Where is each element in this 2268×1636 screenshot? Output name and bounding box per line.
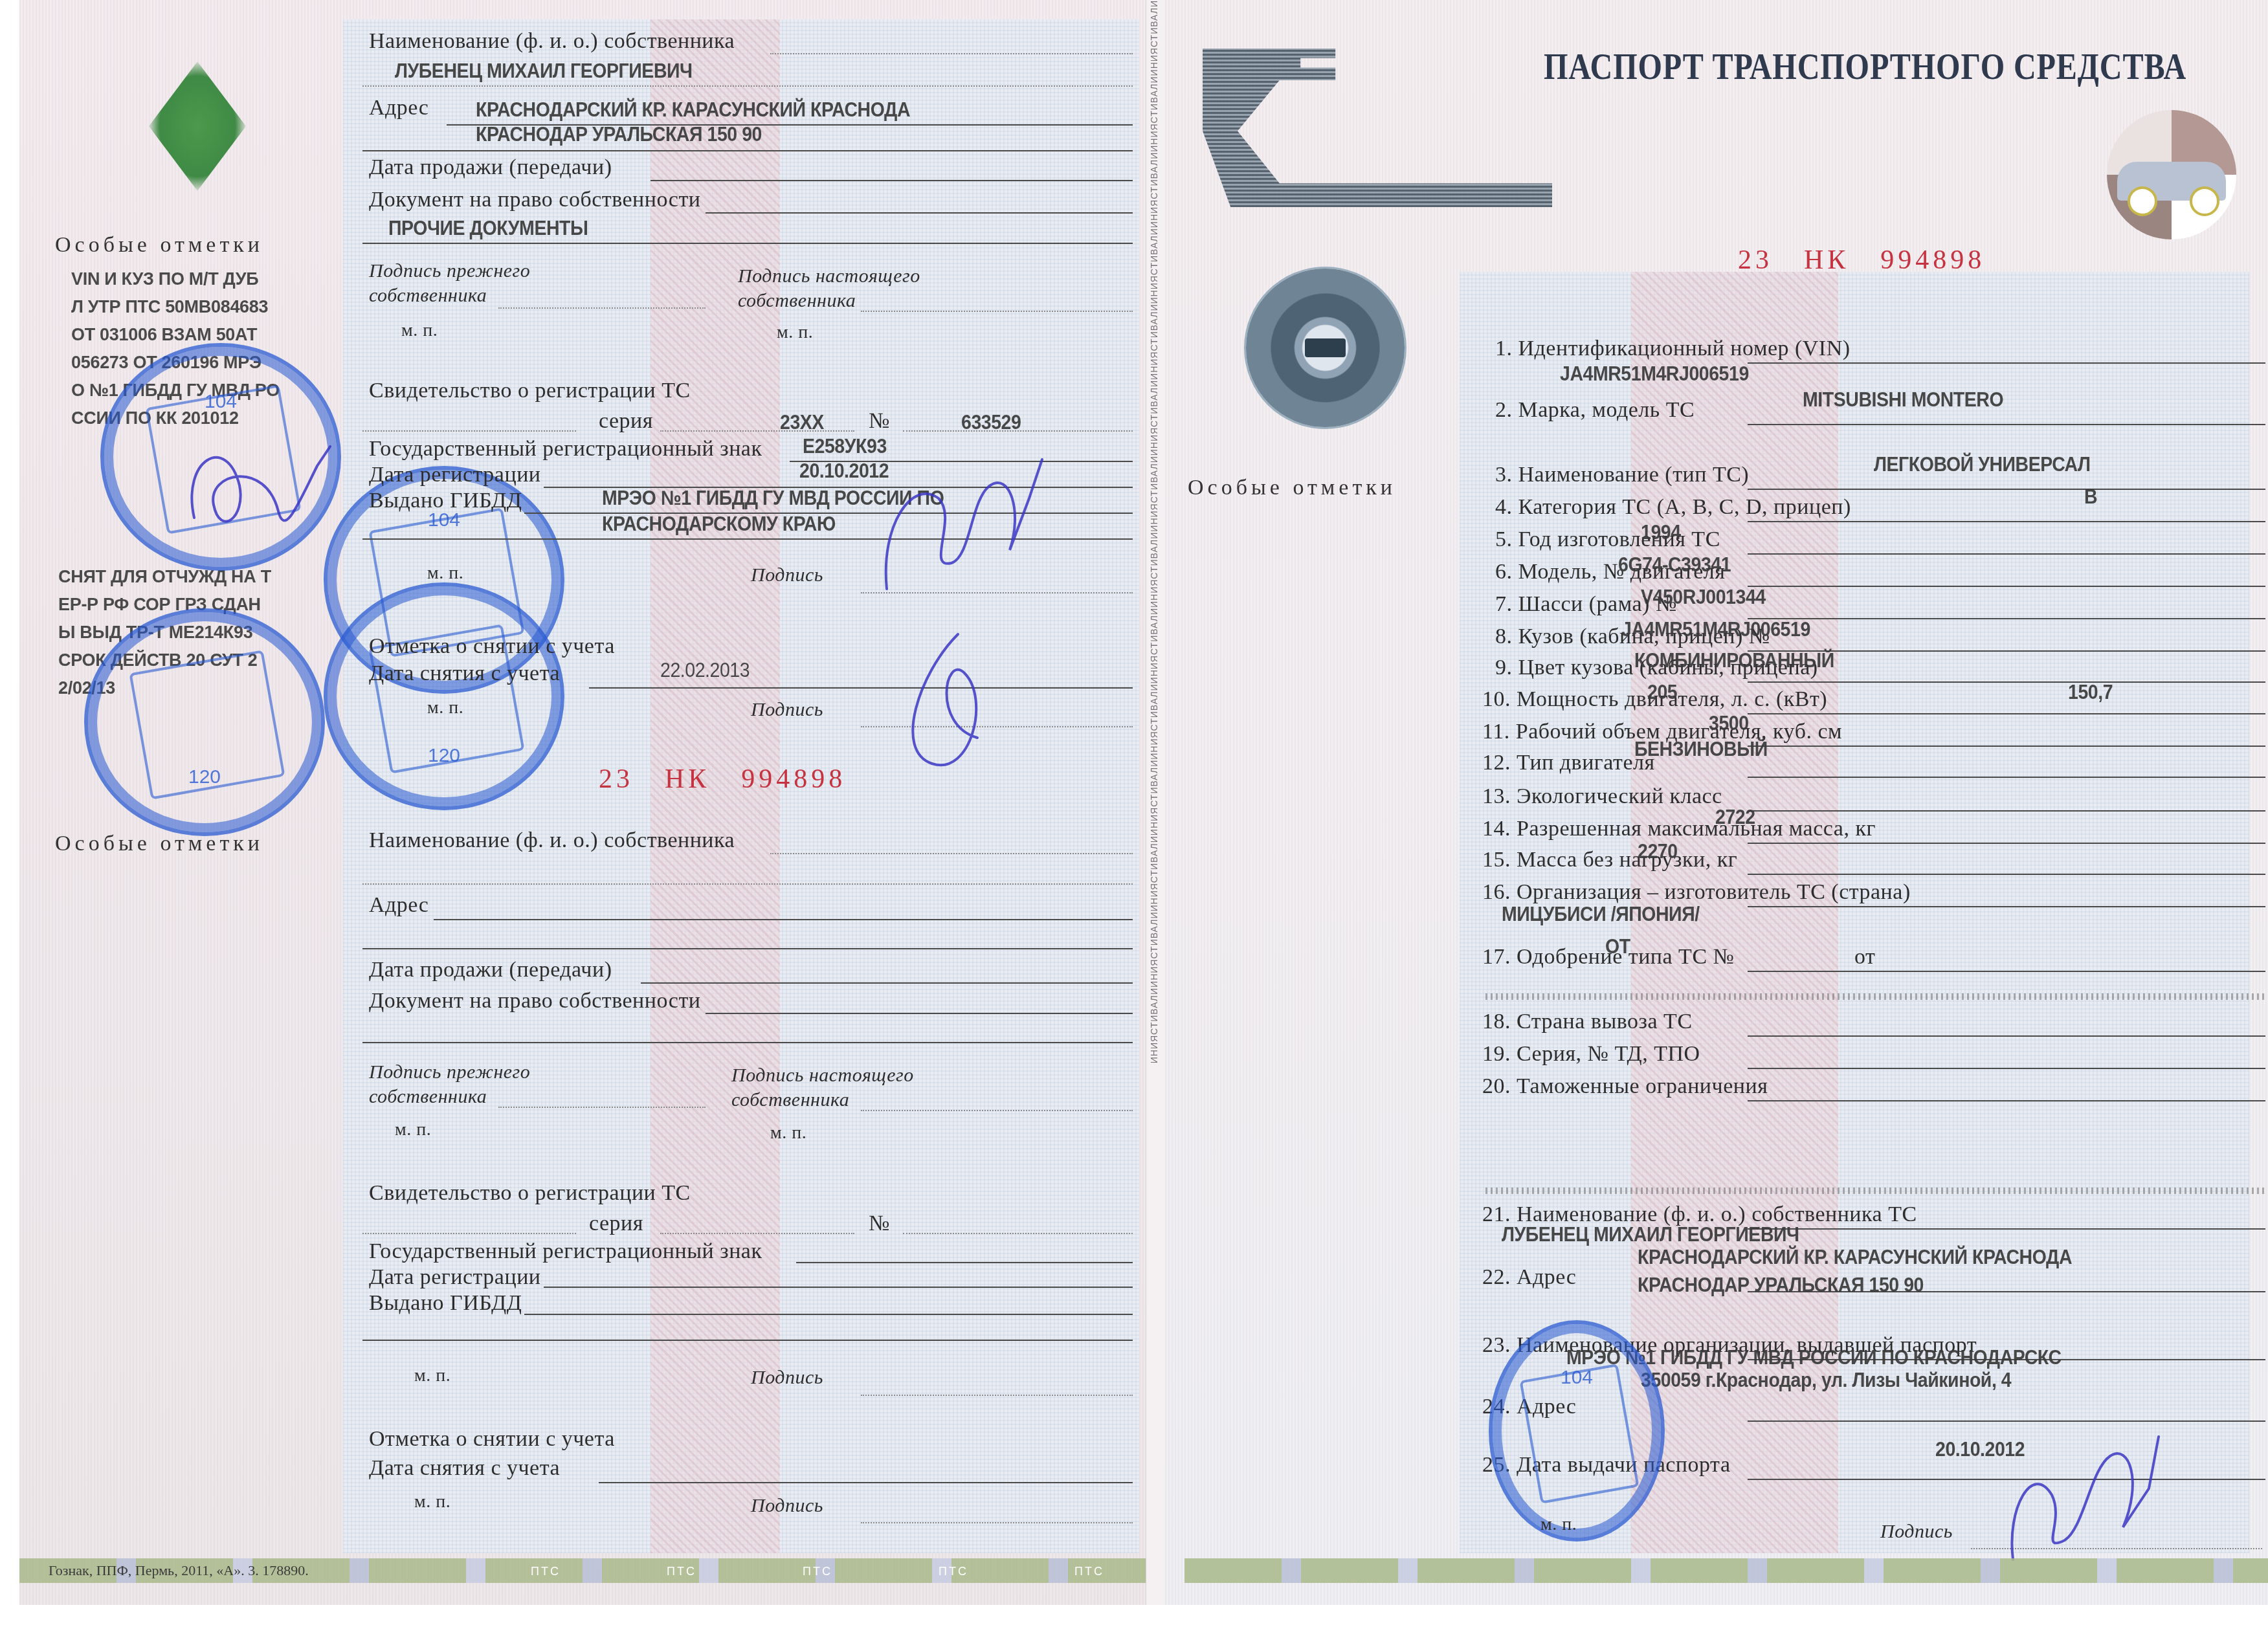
- field-label: 15. Масса без нагрузки, кг: [1482, 848, 1737, 872]
- footer-security-strip: [1184, 1558, 2268, 1583]
- gibdd-stamp: 120: [84, 608, 325, 836]
- document-title: ПАСПОРТ ТРАНСПОРТНОГО СРЕДСТВА: [1544, 47, 2186, 88]
- signature: [861, 421, 1068, 615]
- field-value: 2270: [1638, 840, 1678, 863]
- signature: [168, 408, 362, 563]
- signature-label: Подпись: [1880, 1521, 1953, 1543]
- field-label: 16. Организация – изготовитель ТС (стран…: [1482, 880, 1911, 905]
- seal-mark: м. п.: [1540, 1514, 1577, 1535]
- field-value: 3500: [1709, 712, 1749, 735]
- car-logo-icon: [2107, 110, 2236, 239]
- sale-date-label: Дата продажи (передачи): [369, 155, 612, 180]
- gibdd-stamp: 120: [324, 582, 564, 810]
- field-label: 2. Марка, модель ТС: [1495, 398, 1695, 423]
- field-label: 18. Страна вывоза ТС: [1482, 1010, 1693, 1034]
- special-marks-heading: Особые отметки: [55, 233, 263, 258]
- left-page: Особые отметки VIN И КУЗ ПО М/Т ДУБ Л УТ…: [19, 0, 1165, 1605]
- serial-number-header: 23НК994898: [1738, 245, 1985, 276]
- divider-ornament: [1485, 1188, 2265, 1194]
- special-marks-heading-right: Особые отметки: [1188, 476, 1396, 500]
- field-value: КРАСНОДАРСКИЙ КР. КАРАСУНСКИЙ КРАСНОДА: [1638, 1246, 2072, 1269]
- field-label: 13. Экологический класс: [1482, 784, 1722, 809]
- field-value: 205: [1647, 681, 1677, 704]
- field-label: 1. Идентификационный номер (VIN): [1495, 337, 1851, 361]
- field-value: JA4MR51M4RJ006519: [1621, 618, 1810, 641]
- owner-label-2: Наименование (ф. и. о.) собственника: [369, 828, 735, 853]
- signature-label: Подпись: [751, 564, 823, 586]
- field-label: 20. Таможенные ограничения: [1482, 1074, 1768, 1099]
- curr-owner-signature-label: Подпись настоящего: [738, 265, 920, 287]
- gibdd-stamp: 104: [1489, 1320, 1665, 1542]
- field-value: ЛЕГКОВОЙ УНИВЕРСАЛ: [1874, 453, 2091, 476]
- address-value-line-2: КРАСНОДАР УРАЛЬСКАЯ 150 90: [476, 123, 762, 146]
- dereg-label: Отметка о снятии с учета: [369, 634, 615, 659]
- seal-mark: м. п.: [401, 320, 438, 341]
- field-value: МИЦУБИСИ /ЯПОНИЯ/: [1502, 903, 1700, 926]
- seal-mark: м. п.: [777, 322, 813, 343]
- field-value: JA4MR51M4RJ006519: [1560, 362, 1749, 386]
- signature: [1994, 1411, 2175, 1579]
- green-rosette-emblem: [149, 61, 246, 191]
- field-label: 19. Серия, № ТД, ТПО: [1482, 1042, 1700, 1067]
- field-value: 350059 г.Краснодар, ул. Лизы Чайкиной, 4: [1641, 1369, 2011, 1392]
- field-value: 6G74-C39341: [1618, 553, 1731, 577]
- address-value-line-1: КРАСНОДАРСКИЙ КР. КАРАСУНСКИЙ КРАСНОДА: [476, 98, 910, 122]
- issued-by-label: Выдано ГИБДД: [369, 489, 522, 513]
- printer-imprint: Гознак, ППФ, Пермь, 2011, «А». 3. 178890…: [49, 1562, 309, 1579]
- reg-cert-label: Свидетельство о регистрации ТС: [369, 379, 691, 403]
- ownership-doc-value: ПРОЧИЕ ДОКУМЕНТЫ: [388, 217, 588, 240]
- field-label: 4. Категория ТС (A, B, C, D, прицеп): [1495, 495, 1851, 520]
- field-value: B: [2084, 485, 2097, 509]
- owner-value: ЛУБЕНЕЦ МИХАИЛ ГЕОРГИЕВИЧ: [395, 60, 693, 83]
- field-value: КОМБИНИРОВАННЫЙ: [1634, 649, 1834, 672]
- plate-label: Государственный регистрационный знак: [369, 437, 762, 461]
- field-value: 2722: [1715, 806, 1755, 829]
- ownership-doc-label: Документ на право собственности: [369, 188, 701, 212]
- field-label: 5. Год изготовления ТС: [1495, 527, 1720, 552]
- field-label: 14. Разрешенная максимальная масса, кг: [1482, 817, 1876, 841]
- issued-by-value-line-2: КРАСНОДАРСКОМУ КРАЮ: [602, 513, 836, 536]
- address-label: Адрес: [369, 96, 428, 120]
- dereg-date-value: 22.02.2013: [660, 659, 750, 682]
- divider-ornament: [1485, 993, 2265, 1000]
- field-value: БЕНЗИНОВЫЙ: [1634, 738, 1768, 761]
- spine: ИНИЯСТИВАЛИИНИЯСТИВАЛИИНИЯСТИВАЛИИНИЯСТИ…: [1146, 0, 1166, 1605]
- field-value: 1994: [1641, 521, 1681, 544]
- special-marks-heading-2: Особые отметки: [55, 832, 263, 856]
- field-label: 22. Адрес: [1482, 1265, 1576, 1290]
- field-value: 150,7: [2068, 681, 2113, 704]
- field-value: ЛУБЕНЕЦ МИХАИЛ ГЕОРГИЕВИЧ: [1502, 1223, 1799, 1246]
- dereg-date-label: Дата снятия с учета: [369, 661, 560, 686]
- owner-label: Наименование (ф. и. о.) собственника: [369, 29, 735, 54]
- field-label: 3. Наименование (тип ТС): [1495, 463, 1749, 487]
- reg-date-label: Дата регистрации: [369, 463, 541, 487]
- field-value: КРАСНОДАР УРАЛЬСКАЯ 150 90: [1638, 1274, 1924, 1297]
- hologram-emblem: [1246, 269, 1405, 427]
- serial-number: 23НК994898: [599, 764, 846, 795]
- prev-owner-signature-label: Подпись прежнего: [369, 260, 530, 282]
- signature: [880, 621, 1036, 790]
- field-value: V450RJ001344: [1641, 586, 1766, 609]
- field-value: ОТ: [1605, 935, 1630, 958]
- field-label: 12. Тип двигателя: [1482, 751, 1655, 775]
- field-value: MITSUBISHI MONTERO: [1803, 388, 2003, 412]
